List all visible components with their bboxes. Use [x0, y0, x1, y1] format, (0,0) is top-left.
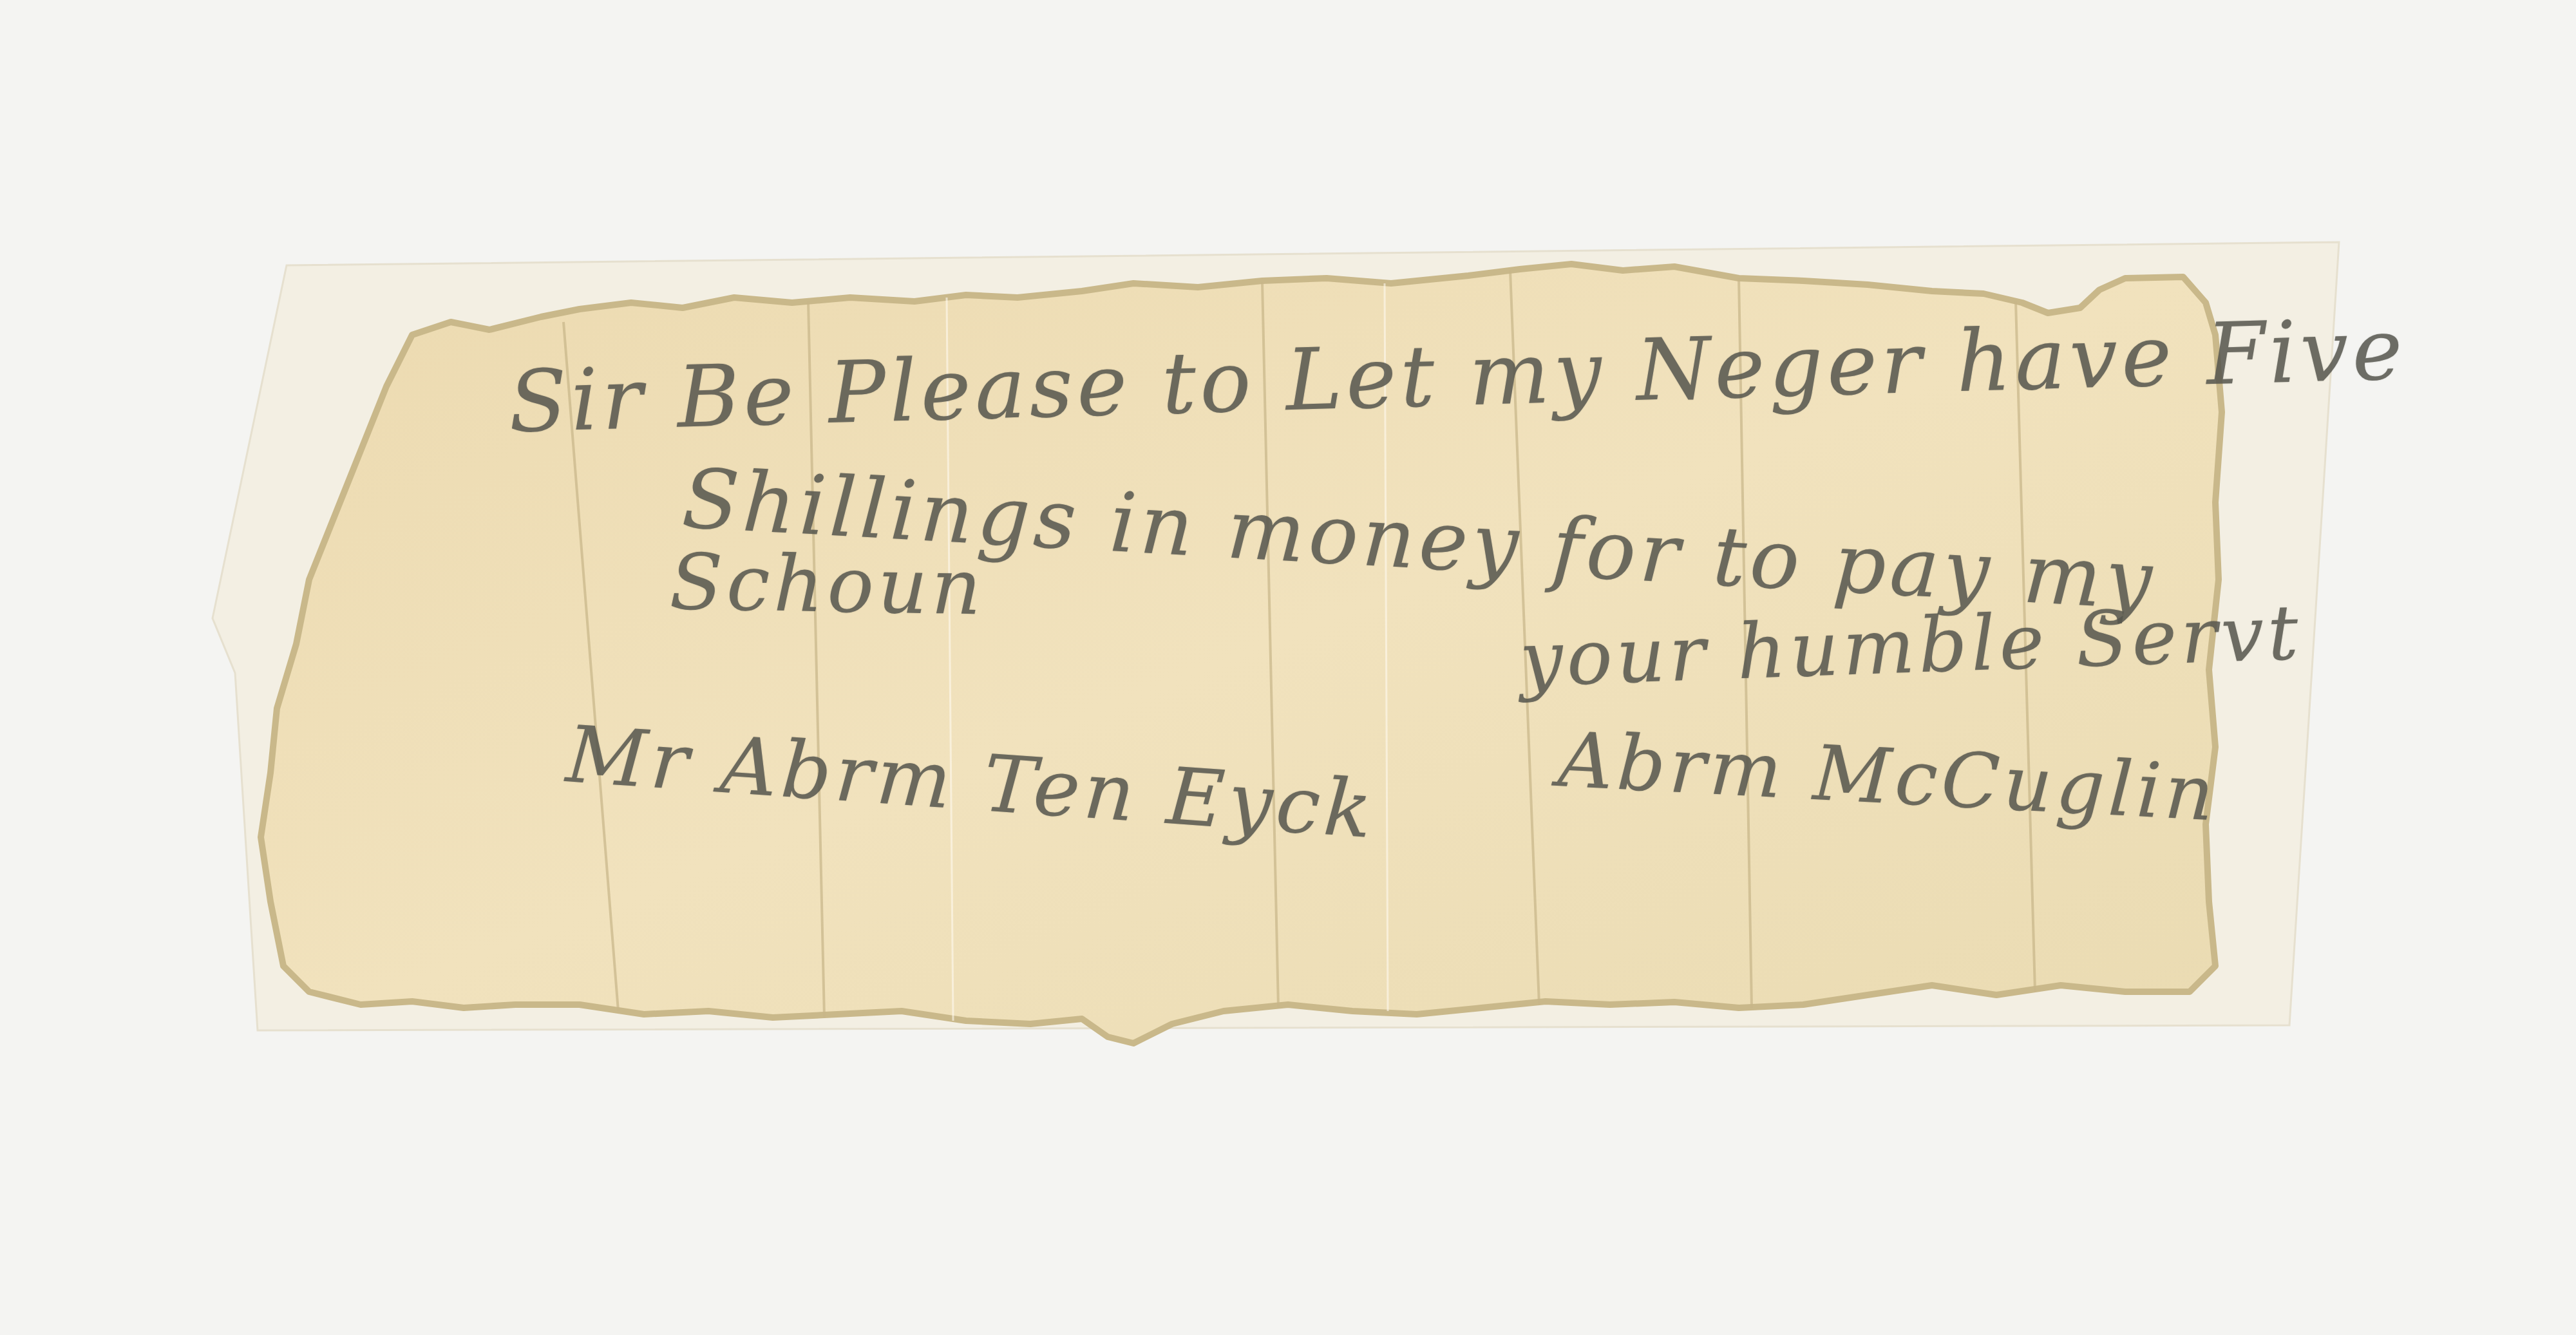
- document-scan: Sir Be Please to Let my Neger have Five …: [0, 0, 2576, 1335]
- line-body-3: Schoun: [669, 538, 986, 633]
